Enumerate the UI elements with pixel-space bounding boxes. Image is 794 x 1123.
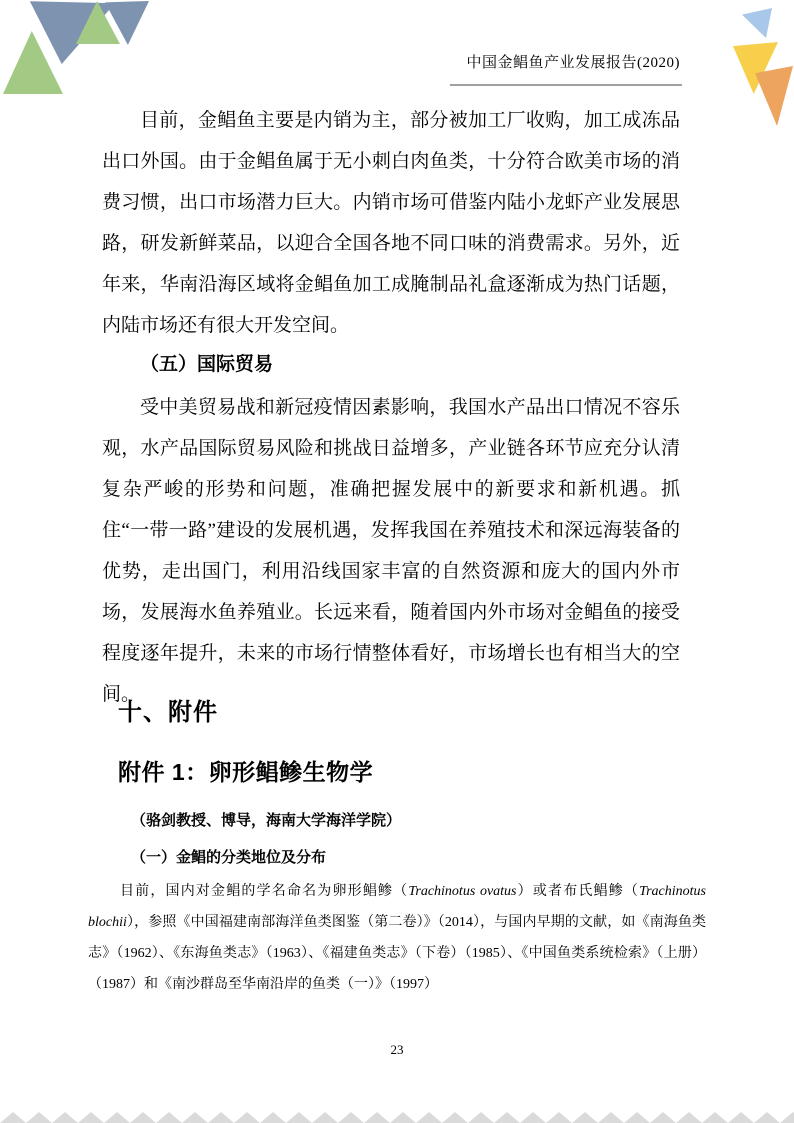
triangle-decoration-icon <box>742 8 772 38</box>
zigzag-border-decoration <box>0 1109 794 1123</box>
author-affiliation-line: （骆剑教授、博导，海南大学海洋学院） <box>131 810 401 832</box>
section-heading-international-trade: （五）国际贸易 <box>102 344 680 385</box>
subsection-heading-classification: （一）金鲳的分类地位及分布 <box>131 847 326 869</box>
header-rule <box>450 84 682 86</box>
heading-appendix-1-biology: 附件 1：卵形鲳鲹生物学 <box>118 757 373 787</box>
paragraph-taxonomy: 目前，国内对金鲳的学名命名为卵形鲳鲹（Trachinotus ovatus）或者… <box>88 876 706 1000</box>
chapter-heading-appendix: 十、附件 <box>118 697 218 729</box>
paragraph-domestic-market: 目前，金鲳鱼主要是内销为主，部分被加工厂收购，加工成冻品出口外国。由于金鲳鱼属于… <box>102 100 680 346</box>
paragraph-international-trade: 受中美贸易战和新冠疫情因素影响，我国水产品出口情况不容乐观，水产品国际贸易风险和… <box>102 387 680 715</box>
report-header-title: 中国金鲳鱼产业发展报告(2020) <box>467 53 681 73</box>
page-number: 23 <box>0 1042 794 1058</box>
document-page: 中国金鲳鱼产业发展报告(2020) 目前，金鲳鱼主要是内销为主，部分被加工厂收购… <box>0 0 794 1123</box>
triangle-decoration-icon <box>755 66 793 126</box>
